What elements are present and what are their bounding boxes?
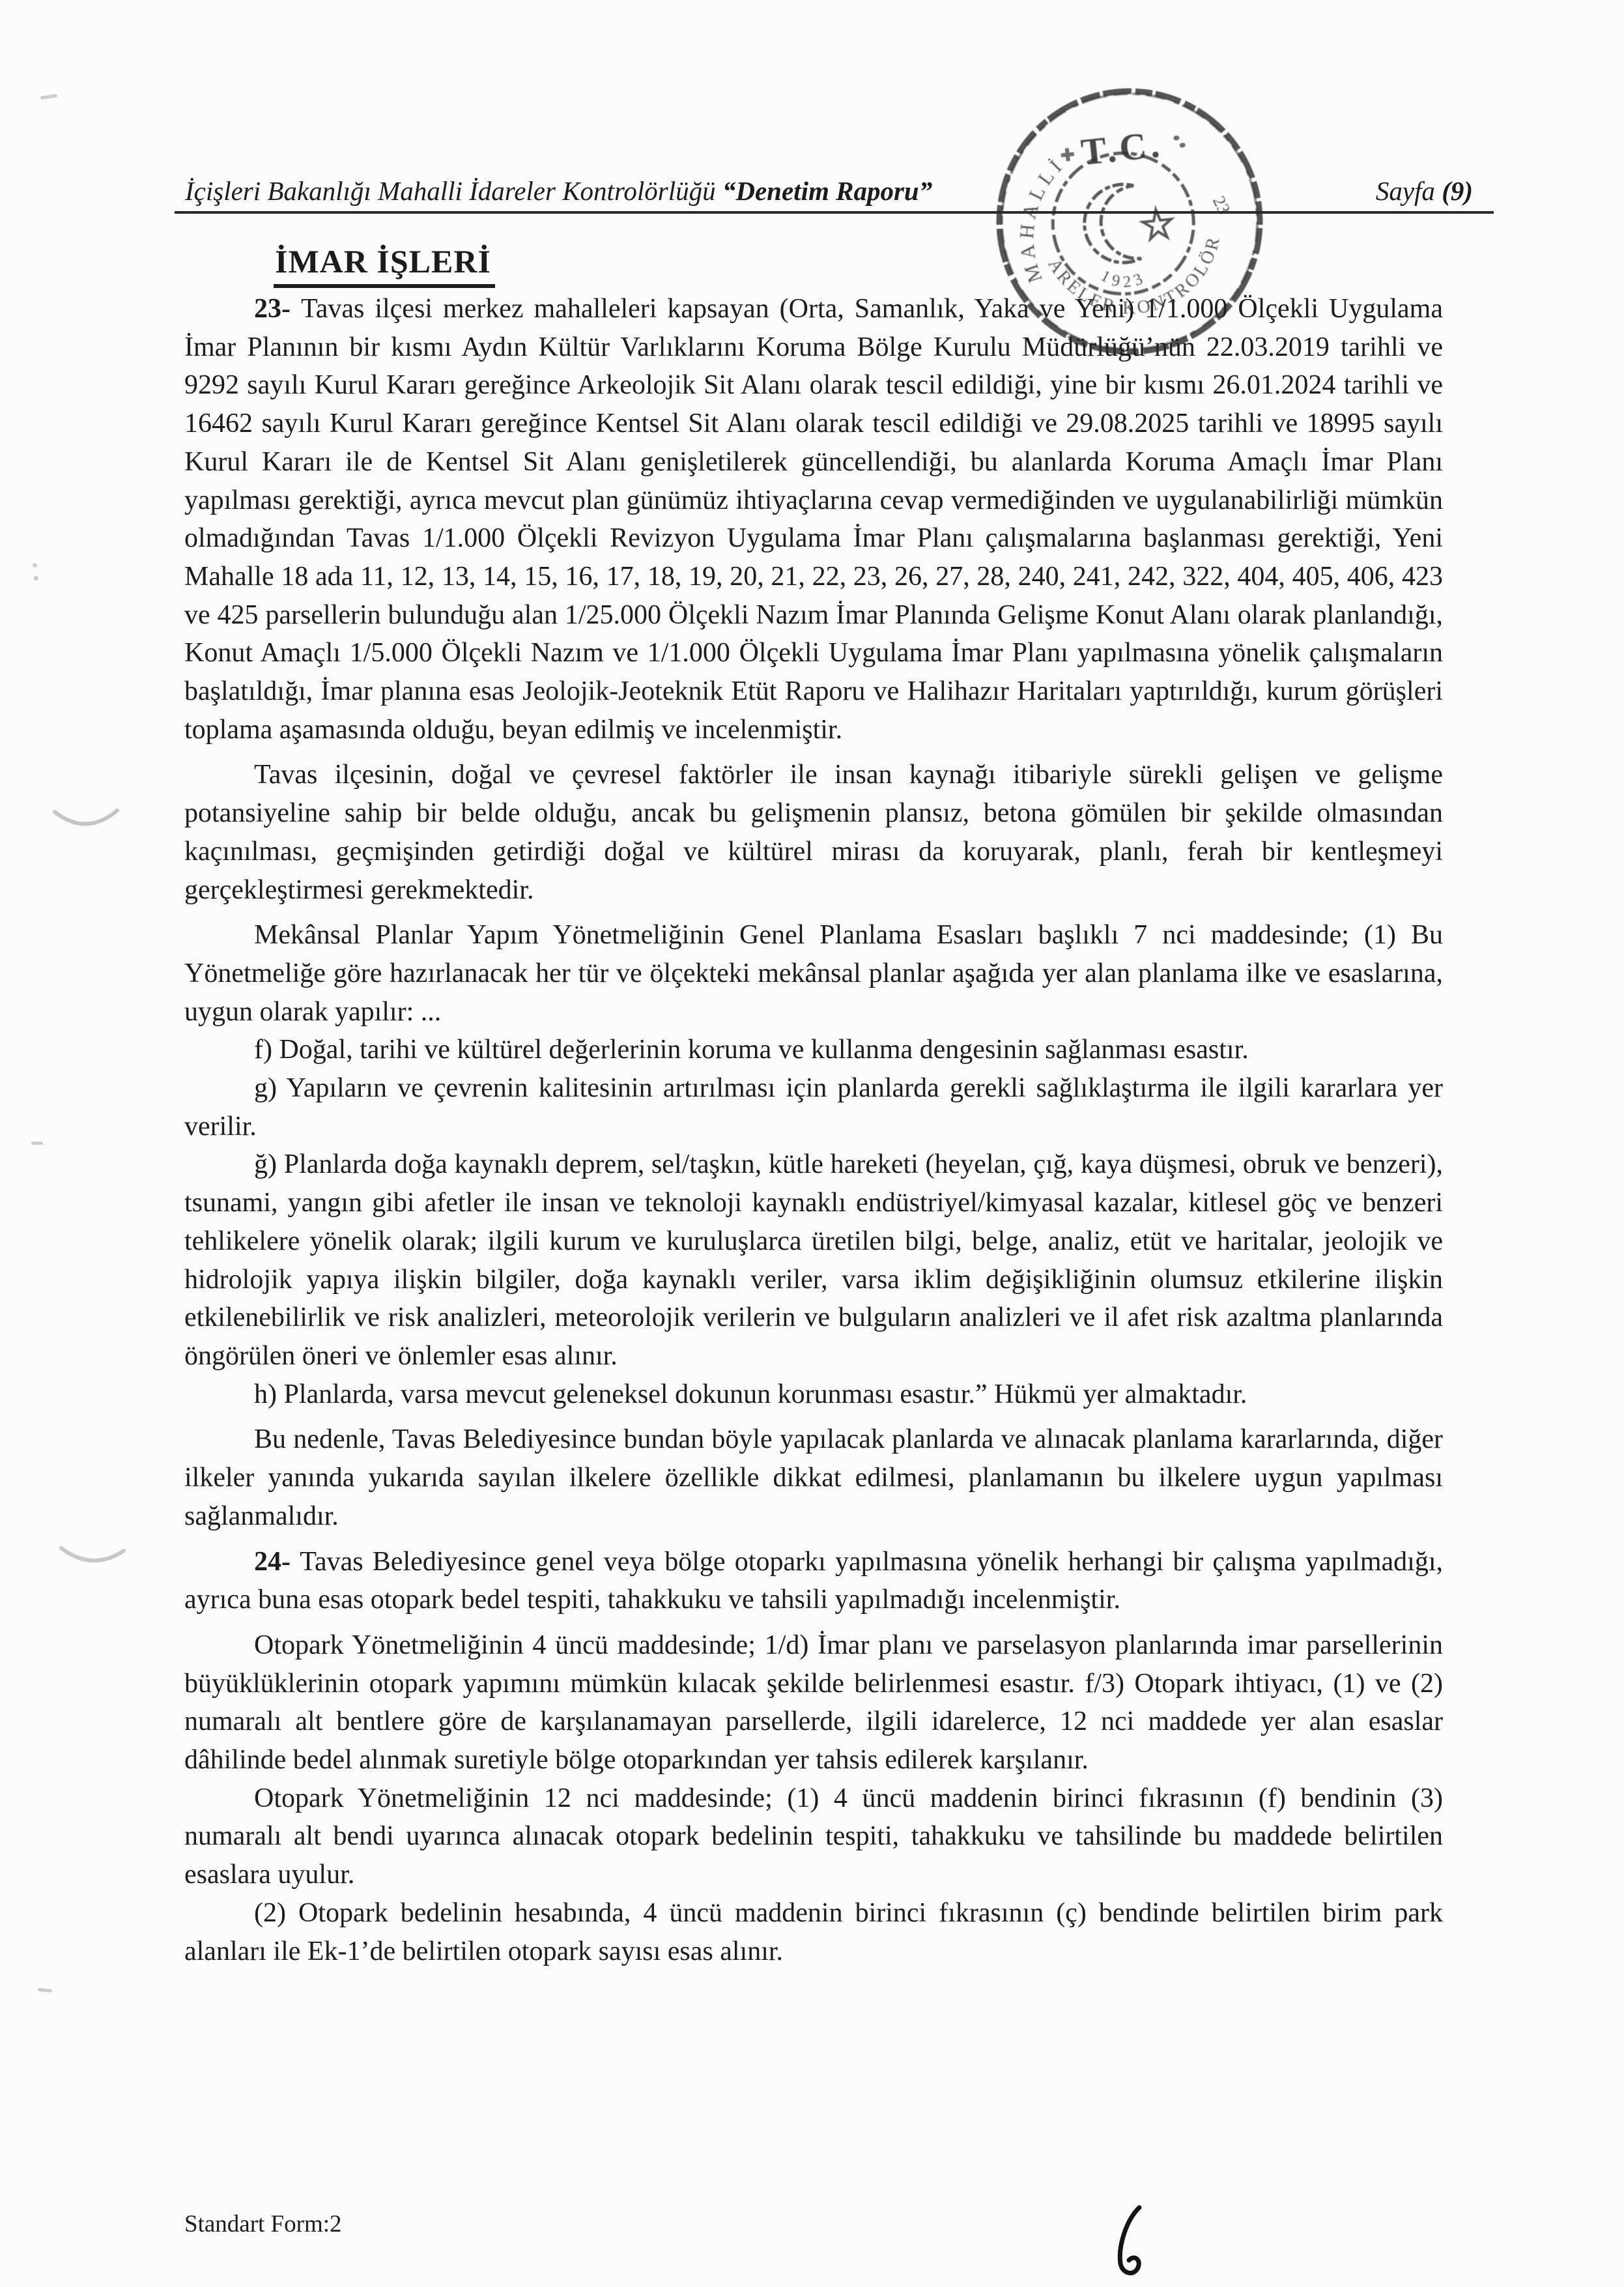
- signature-paraph: [1109, 2204, 1165, 2280]
- header-report-name: “Denetim Raporu”: [722, 176, 932, 206]
- margin-mark: [33, 563, 37, 568]
- paragraph-text: Tavas ilçesi merkez mahalleleri kapsayan…: [184, 294, 1443, 745]
- paragraph-text: g) Yapıların ve çevrenin kalitesinin art…: [184, 1073, 1443, 1142]
- paragraph-24: 24- Tavas Belediyesince genel veya bölge…: [184, 1543, 1443, 1619]
- item-f: f) Doğal, tarihi ve kültürel değerlerini…: [184, 1031, 1443, 1069]
- paragraph-23: 23- Tavas ilçesi merkez mahalleleri kaps…: [184, 290, 1443, 749]
- paragraph-number: 23-: [254, 294, 301, 324]
- paragraph-text: h) Planlarda, varsa mevcut geleneksel do…: [254, 1379, 1247, 1409]
- paragraph-text: Tavas Belediyesince genel veya bölge oto…: [184, 1547, 1443, 1615]
- paragraph-otopark-madde4: Otopark Yönetmeliğinin 4 üncü maddesinde…: [184, 1626, 1443, 1779]
- footer-form-label: Standart Form:2: [184, 2210, 342, 2238]
- stamp-ring-left-text: MAHALLİ: [1006, 151, 1081, 286]
- stamp-inner-ring: [1046, 146, 1201, 300]
- paragraph-text: f) Doğal, tarihi ve kültürel değerlerini…: [254, 1035, 1249, 1065]
- item-h: h) Planlarda, varsa mevcut geleneksel do…: [184, 1375, 1443, 1414]
- item-g: g) Yapıların ve çevrenin kalitesinin art…: [184, 1069, 1443, 1145]
- paragraph-text: Bu nedenle, Tavas Belediyesince bundan b…: [184, 1424, 1443, 1531]
- margin-mark: [40, 94, 57, 100]
- paragraph-development: Tavas ilçesinin, doğal ve çevresel faktö…: [184, 756, 1443, 909]
- paragraph-text: ğ) Planlarda doğa kaynaklı deprem, sel/t…: [184, 1149, 1443, 1371]
- page-header: İçişleri Bakanlığı Mahalli İdareler Kont…: [175, 175, 1494, 214]
- paragraph-text: Tavas ilçesinin, doğal ve çevresel faktö…: [184, 760, 1443, 904]
- paragraph-text: (2) Otopark bedelinin hesabında, 4 üncü …: [184, 1898, 1443, 1966]
- margin-mark: [34, 576, 38, 581]
- page-number-value: (9): [1442, 176, 1473, 206]
- paragraph-text: Mekânsal Planlar Yapım Yönetmeliğinin Ge…: [184, 920, 1443, 1026]
- paragraph-text: Otopark Yönetmeliğinin 12 nci maddesinde…: [184, 1783, 1443, 1890]
- paragraph-number: 24-: [254, 1547, 300, 1577]
- header-title: İçişleri Bakanlığı Mahalli İdareler Kont…: [185, 175, 932, 207]
- paragraph-bu-nedenle: Bu nedenle, Tavas Belediyesince bundan b…: [184, 1420, 1443, 1535]
- stamp-tc-text: T.C.: [1079, 122, 1164, 173]
- paragraph-otopark-fikra2: (2) Otopark bedelinin hesabında, 4 üncü …: [184, 1894, 1443, 1970]
- item-g-breve: ğ) Planlarda doğa kaynaklı deprem, sel/t…: [184, 1145, 1443, 1375]
- page-number: Sayfa (9): [1376, 175, 1491, 207]
- paragraph-otopark-madde12: Otopark Yönetmeliğinin 12 nci maddesinde…: [184, 1779, 1443, 1894]
- svg-text:MAHALLİ: MAHALLİ: [1006, 151, 1081, 286]
- margin-check-mark: [52, 805, 120, 837]
- page-number-label: Sayfa: [1376, 176, 1435, 206]
- margin-check-mark: [59, 1543, 126, 1574]
- header-title-text: İçişleri Bakanlığı Mahalli İdareler Kont…: [185, 176, 716, 206]
- margin-mark: [38, 1988, 52, 1992]
- paragraph-text: Otopark Yönetmeliğinin 4 üncü maddesinde…: [184, 1630, 1443, 1775]
- paragraph-mekansal-planlar: Mekânsal Planlar Yapım Yönetmeliğinin Ge…: [184, 916, 1443, 1031]
- document-page: İçişleri Bakanlığı Mahalli İdareler Kont…: [0, 0, 1624, 2287]
- stamp-plus-mark: [1061, 147, 1075, 162]
- margin-mark: [31, 1142, 43, 1145]
- stamp-dot-marks: [1176, 137, 1183, 146]
- report-body: 23- Tavas ilçesi merkez mahalleleri kaps…: [184, 283, 1443, 1970]
- section-title: İMAR İŞLERİ: [274, 242, 495, 288]
